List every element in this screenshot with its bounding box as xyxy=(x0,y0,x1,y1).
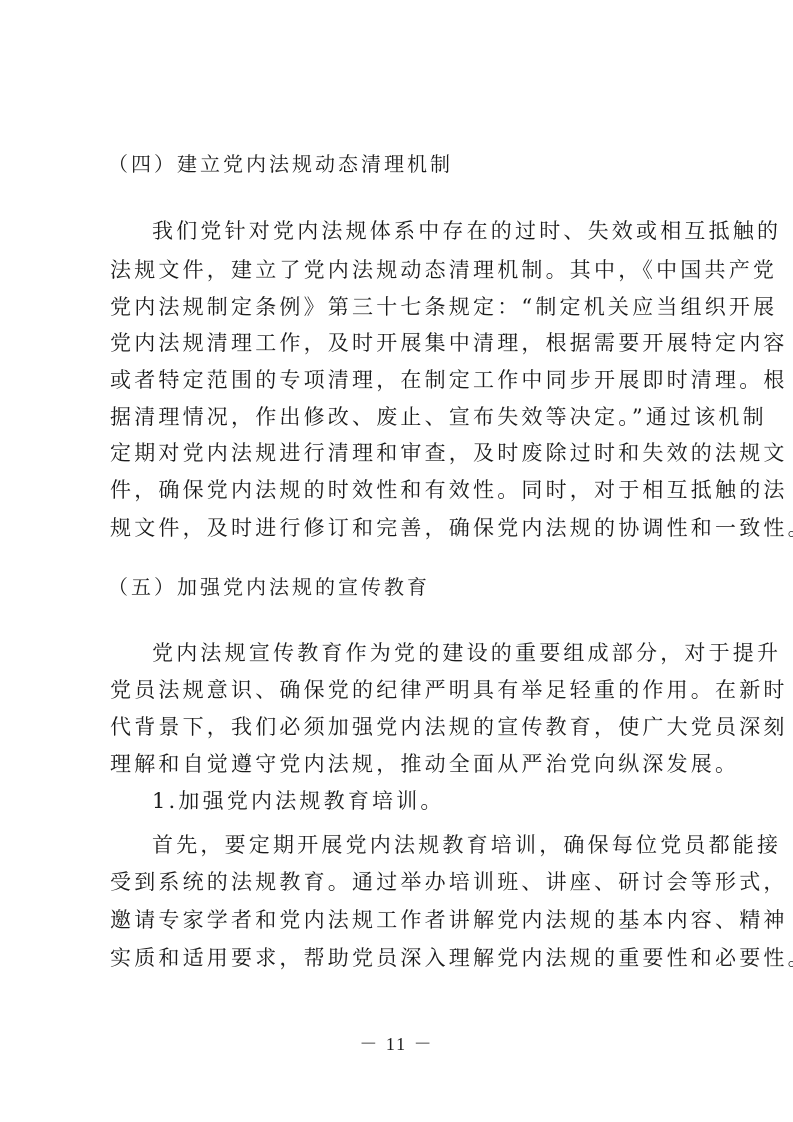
list-item-title: 1.加强党内法规教育培训。 xyxy=(152,786,698,816)
paragraph-line: 理解和自觉遵守党内法规，推动全面从严治党向纵深发展。 xyxy=(110,749,698,779)
paragraph-line: 据清理情况，作出修改、废止、宣布失效等决定。”通过该机制 xyxy=(110,402,698,432)
paragraph-line: 我们党针对党内法规体系中存在的过时、失效或相互抵触的 xyxy=(152,216,698,246)
paragraph-line: 代背景下，我们必须加强党内法规的宣传教育，使广大党员深刻 xyxy=(110,712,698,742)
paragraph-line: 党员法规意识、确保党的纪律严明具有举足轻重的作用。在新时 xyxy=(110,675,698,705)
paragraph-line: 党内法规宣传教育作为党的建设的重要组成部分，对于提升 xyxy=(152,638,698,668)
paragraph-line: 邀请专家学者和党内法规工作者讲解党内法规的基本内容、精神 xyxy=(110,905,698,935)
paragraph-line: 受到系统的法规教育。通过举办培训班、讲座、研讨会等形式， xyxy=(110,867,698,897)
paragraph-line: 首先，要定期开展党内法规教育培训，确保每位党员都能接 xyxy=(152,830,698,860)
paragraph-line: 实质和适用要求，帮助党员深入理解党内法规的重要性和必要性。 xyxy=(110,943,698,973)
document-page: （四）建立党内法规动态清理机制 我们党针对党内法规体系中存在的过时、失效或相互抵… xyxy=(0,0,793,1122)
paragraph-line: 党内法规清理工作，及时开展集中清理，根据需要开展特定内容 xyxy=(110,328,698,358)
paragraph-line: 或者特定范围的专项清理，在制定工作中同步开展即时清理。根 xyxy=(110,365,698,395)
section-heading-5: （五）加强党内法规的宣传教育 xyxy=(108,572,430,602)
paragraph-line: 定期对党内法规进行清理和审查，及时废除过时和失效的法规文 xyxy=(110,438,698,468)
page-number: － 11 － xyxy=(0,1030,793,1056)
paragraph-line: 党内法规制定条例》第三十七条规定：“制定机关应当组织开展 xyxy=(110,292,698,322)
paragraph-line: 规文件，及时进行修订和完善，确保党内法规的协调性和一致性。 xyxy=(110,513,698,543)
section-heading-4: （四）建立党内法规动态清理机制 xyxy=(108,149,453,179)
paragraph-line: 件，确保党内法规的时效性和有效性。同时，对于相互抵触的法 xyxy=(110,475,698,505)
paragraph-line: 法规文件，建立了党内法规动态清理机制。其中，《中国共产党 xyxy=(110,255,698,285)
